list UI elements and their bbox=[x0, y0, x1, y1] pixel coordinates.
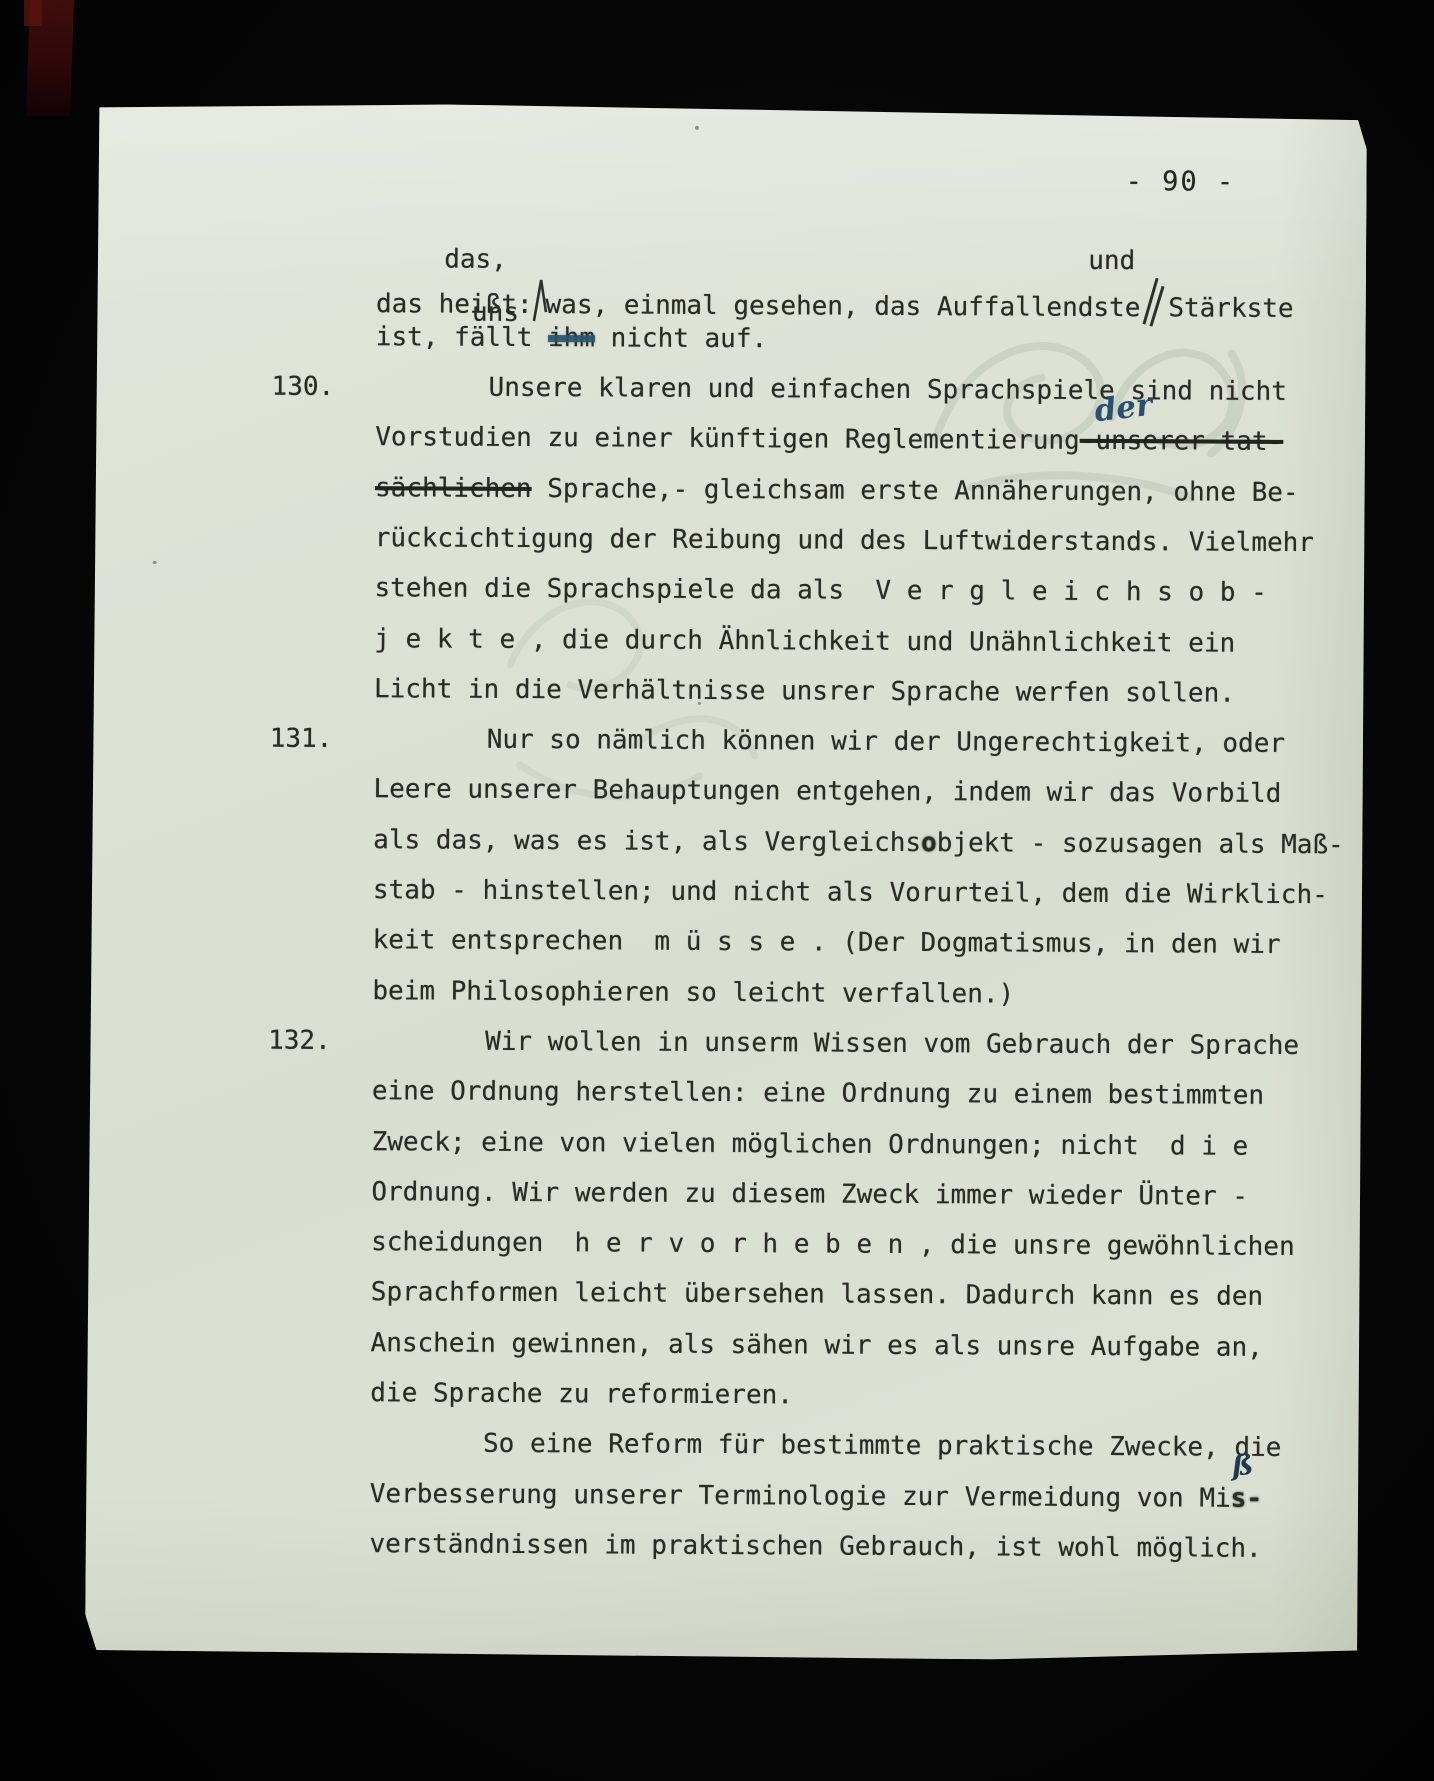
overtyped-letter: o bbox=[921, 828, 937, 858]
typed-line: Ordnung. Wir werden zu diesem Zweck imme… bbox=[371, 1175, 1248, 1214]
typed-line: Zweck; eine von vielen möglichen Ordnung… bbox=[372, 1125, 1249, 1164]
typed-line: rückcichtigung der Reibung und des Luftw… bbox=[375, 521, 1314, 560]
handwritten-correction: der bbox=[1093, 387, 1155, 429]
typed-line: Vorstudien zu einer künftigen Reglementi… bbox=[375, 420, 1283, 459]
typed-text: nicht auf. bbox=[595, 323, 767, 354]
typed-text: Nur so nämlich können wir der Ungerechti… bbox=[487, 725, 1285, 759]
typed-line: eine Ordnung herstellen: eine Ordnung zu… bbox=[372, 1074, 1264, 1113]
typed-text: bjekt - sozusagen als Maß- bbox=[937, 828, 1344, 860]
typed-text: Verbesserung unserer Terminologie zur Ve… bbox=[370, 1479, 1231, 1514]
typed-line: beim Philosophieren so leicht verfallen.… bbox=[372, 974, 1014, 1011]
typed-line: stab - hinstellen; und nicht als Vorurte… bbox=[373, 873, 1328, 912]
strikethrough-text: -unserer tat- bbox=[1080, 426, 1284, 457]
handwritten-correction: ß bbox=[1231, 1448, 1254, 1482]
typed-line: 131.Nur so nämlich können wir der Ungere… bbox=[487, 723, 1285, 761]
typed-line: sächlichen Sprache,- gleichsam erste Ann… bbox=[375, 471, 1299, 510]
typed-line: stehen die Sprachspiele da als V e r g l… bbox=[374, 571, 1266, 610]
photographed-manuscript-scene: - 90 - das, und uns das heißt:was, einma… bbox=[0, 0, 1434, 1781]
typed-line: Licht in die Verhältnisse unsrer Sprache… bbox=[374, 672, 1235, 711]
dust-speck bbox=[153, 561, 157, 564]
strikethrough-text-blue: ihm bbox=[548, 323, 595, 353]
typed-text: ist, fällt bbox=[376, 322, 548, 353]
typed-text: Vorstudien zu einer künftigen Reglementi… bbox=[375, 422, 1080, 456]
section-number: 132. bbox=[268, 1024, 331, 1058]
typed-line: verständnissen im praktischen Gebrauch, … bbox=[369, 1527, 1261, 1566]
section-number: 130. bbox=[271, 370, 334, 404]
typed-line: Sprachformen leicht übersehen lassen. Da… bbox=[371, 1275, 1263, 1314]
typed-line: die Sprache zu reformieren. bbox=[370, 1376, 793, 1412]
typed-text: Stärkste bbox=[1168, 293, 1293, 324]
typed-text: Unsere klaren und einfachen Sprachspiele… bbox=[489, 373, 1287, 407]
typed-line: Anschein gewinnen, als sähen wir es als … bbox=[370, 1326, 1262, 1365]
page-number: - 90 - bbox=[1126, 166, 1236, 198]
typed-text: Sprache,- gleichsam erste Annäherungen, … bbox=[532, 474, 1299, 508]
typed-line: Verbesserung unserer Terminologie zur Ve… bbox=[370, 1477, 1262, 1516]
overtyped-letter: s- bbox=[1231, 1484, 1262, 1514]
typescript-page: - 90 - das, und uns das heißt:was, einma… bbox=[85, 103, 1367, 1662]
typed-line: j e k t e , die durch Ähnlichkeit und Un… bbox=[374, 622, 1235, 661]
typed-insertion-above: und bbox=[1088, 246, 1135, 276]
film-edge-artifact-small bbox=[24, 0, 42, 26]
typed-line: keit entsprechen m ü s s e . (Der Dogmat… bbox=[373, 923, 1281, 962]
typed-line: 132.Wir wollen in unserm Wissen vom Gebr… bbox=[485, 1025, 1299, 1063]
typed-text: als das, was es ist, als Vergleichs bbox=[373, 825, 921, 858]
typed-line: als das, was es ist, als Vergleichsobjek… bbox=[373, 823, 1344, 862]
paper-bottom-shade bbox=[85, 1495, 1360, 1662]
typed-text: Wir wollen in unserm Wissen vom Gebrauch… bbox=[485, 1027, 1299, 1061]
typed-text: das heißt: bbox=[376, 289, 533, 320]
dust-speck bbox=[695, 126, 699, 130]
typed-line: ist, fällt ihm nicht auf. bbox=[376, 320, 768, 356]
typed-line: So eine Reform für bestimmte praktische … bbox=[483, 1427, 1281, 1465]
typed-text: was, einmal gesehen, das Auffallendste bbox=[545, 290, 1140, 323]
strikethrough-text: sächlichen bbox=[375, 473, 532, 504]
typed-line: scheidungen h e r v o r h e b e n , die … bbox=[371, 1225, 1295, 1264]
typed-line: 130.Unsere klaren und einfachen Sprachsp… bbox=[488, 371, 1286, 409]
typed-line: Leere unserer Behauptungen entgehen, ind… bbox=[373, 772, 1281, 811]
insertion-caret-icon bbox=[1140, 274, 1166, 337]
section-number: 131. bbox=[270, 722, 333, 756]
